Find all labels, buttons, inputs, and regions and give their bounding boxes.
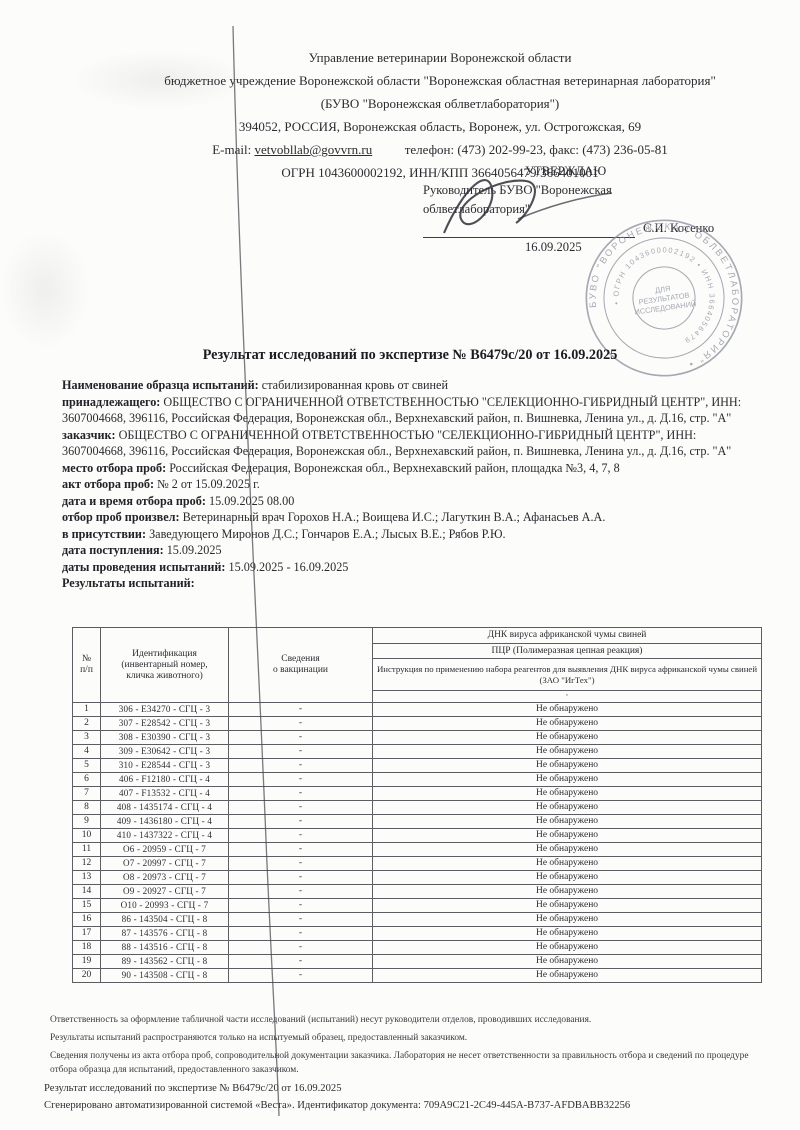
table-cell: 17 [73,927,101,941]
table-cell: Не обнаружено [373,717,762,731]
table-cell: - [229,871,373,885]
table-cell: - [229,899,373,913]
table-cell: Не обнаружено [373,801,762,815]
table-row: 13О8 - 20973 - СГЦ - 7-Не обнаружено [73,871,762,885]
table-cell: 410 - 1437322 - СГЦ - 4 [101,829,229,843]
footnote-responsibility: Ответственность за оформление табличной … [50,1014,762,1028]
table-cell: 1 [73,703,101,717]
table-cell: Не обнаружено [373,927,762,941]
table-cell: 13 [73,871,101,885]
table-cell: 308 - Е30390 - СГЦ - 3 [101,731,229,745]
col-header-test-group: ДНК вируса африканской чумы свиней [373,628,762,644]
table-row: 2307 - Е28542 - СГЦ - 3-Не обнаружено [73,717,762,731]
table-cell: 11 [73,843,101,857]
results-table: №п/п Идентификация(инвентарный номер,кли… [72,627,762,983]
table-cell: 86 - 143504 - СГЦ - 8 [101,913,229,927]
table-cell: Не обнаружено [373,955,762,969]
email-value: vetvobllab@govvrn.ru [254,142,372,157]
table-cell: Не обнаружено [373,703,762,717]
table-cell: 408 - 1435174 - СГЦ - 4 [101,801,229,815]
results-table-body: 1306 - Е34270 - СГЦ - 3-Не обнаружено230… [73,703,762,983]
table-cell: 9 [73,815,101,829]
table-row: 11О6 - 20959 - СГЦ - 7-Не обнаружено [73,843,762,857]
table-cell: 409 - 1436180 - СГЦ - 4 [101,815,229,829]
phone-fax: телефон: (473) 202-99-23, факс: (473) 23… [405,142,668,157]
col-header-identification: Идентификация(инвентарный номер,кличка ж… [101,628,229,703]
approve-word: УТВЕРЖДАЮ [423,162,763,181]
table-cell: - [229,773,373,787]
scan-smudge [0,230,90,350]
table-row: 1989 - 143562 - СГЦ - 8-Не обнаружено [73,955,762,969]
document-fields: Наименование образца испытаний: стабилиз… [62,377,762,592]
table-cell: - [229,731,373,745]
table-row: 6406 - F12180 - СГЦ - 4-Не обнаружено [73,773,762,787]
table-row: 3308 - Е30390 - СГЦ - 3-Не обнаружено [73,731,762,745]
col-header-instruction: Инструкция по применению набора реагенто… [373,659,762,691]
table-cell: - [229,759,373,773]
table-cell: О9 - 20927 - СГЦ - 7 [101,885,229,899]
field-line: отбор проб произвел: Ветеринарный врач Г… [62,509,762,526]
field-line: в присутствии: Заведующего Миронов Д.С.;… [62,526,762,543]
table-row: 8408 - 1435174 - СГЦ - 4-Не обнаружено [73,801,762,815]
table-cell: Не обнаружено [373,885,762,899]
table-cell: - [229,913,373,927]
table-cell: - [229,745,373,759]
table-cell: - [229,941,373,955]
table-cell: 18 [73,941,101,955]
table-cell: 14 [73,885,101,899]
field-line: акт отбора проб: № 2 от 15.09.2025 г. [62,476,762,493]
col-header-method: ПЦР (Полимеразная цепная реакция) [373,644,762,659]
org-address: 394052, РОССИЯ, Воронежская область, Вор… [80,115,800,138]
approver-title-line2: облветлаборатория" [423,200,763,219]
table-row: 2090 - 143508 - СГЦ - 8-Не обнаружено [73,969,762,983]
signature-blank-line [423,222,635,238]
table-cell: 15 [73,899,101,913]
table-cell: - [229,857,373,871]
table-cell: 7 [73,787,101,801]
table-cell: 16 [73,913,101,927]
document-title: Результат исследований по экспертизе № В… [90,347,730,364]
table-cell: Не обнаружено [373,787,762,801]
table-row: 1787 - 143576 - СГЦ - 8-Не обнаружено [73,927,762,941]
signer-name: С.И. Косенко [643,219,714,238]
field-line: даты проведения испытаний: 15.09.2025 - … [62,559,762,576]
table-cell: Не обнаружено [373,745,762,759]
table-row: 12О7 - 20997 - СГЦ - 7-Не обнаружено [73,857,762,871]
table-cell: Не обнаружено [373,969,762,983]
table-cell: 89 - 143562 - СГЦ - 8 [101,955,229,969]
table-cell: 90 - 143508 - СГЦ - 8 [101,969,229,983]
table-cell: Не обнаружено [373,759,762,773]
field-line: принадлежащего: ОБЩЕСТВО С ОГРАНИЧЕННОЙ … [62,394,762,427]
table-row: 7407 - F13532 - СГЦ - 4-Не обнаружено [73,787,762,801]
table-cell: - [229,955,373,969]
table-cell: - [229,703,373,717]
table-cell: 310 - Е28544 - СГЦ - 3 [101,759,229,773]
table-cell: 12 [73,857,101,871]
table-cell: Не обнаружено [373,731,762,745]
footer-final-lines: Результат исследований по экспертизе № В… [44,1080,764,1114]
table-row: 10410 - 1437322 - СГЦ - 4-Не обнаружено [73,829,762,843]
approver-title-line1: Руководитель БУВО "Воронежская [423,181,763,200]
table-cell: 6 [73,773,101,787]
table-cell: 407 - F13532 - СГЦ - 4 [101,787,229,801]
table-cell: Не обнаружено [373,829,762,843]
table-cell: Не обнаружено [373,815,762,829]
field-line: дата и время отбора проб: 15.09.2025 08.… [62,493,762,510]
table-cell: - [229,787,373,801]
table-cell: 406 - F12180 - СГЦ - 4 [101,773,229,787]
table-row: 1306 - Е34270 - СГЦ - 3-Не обнаружено [73,703,762,717]
stamp-center-line2: РЕЗУЛЬТАТОВ [638,291,690,307]
table-cell: О8 - 20973 - СГЦ - 7 [101,871,229,885]
field-line: заказчик: ОБЩЕСТВО С ОГРАНИЧЕННОЙ ОТВЕТС… [62,427,762,460]
table-cell: Не обнаружено [373,899,762,913]
field-line: Наименование образца испытаний: стабилиз… [62,377,762,394]
table-cell: 88 - 143516 - СГЦ - 8 [101,941,229,955]
footer-result-line: Результат исследований по экспертизе № В… [44,1080,764,1097]
org-authority: Управление ветеринарии Воронежской облас… [80,46,800,69]
table-cell: 19 [73,955,101,969]
table-cell: 87 - 143576 - СГЦ - 8 [101,927,229,941]
table-cell: - [229,801,373,815]
table-cell: 3 [73,731,101,745]
table-cell: Не обнаружено [373,941,762,955]
table-cell: Не обнаружено [373,913,762,927]
table-row: 14О9 - 20927 - СГЦ - 7-Не обнаружено [73,885,762,899]
table-cell: О10 - 20993 - СГЦ - 7 [101,899,229,913]
footer-generated-line: Сгенерировано автоматизированной системо… [44,1097,764,1114]
results-table-head: №п/п Идентификация(инвентарный номер,кли… [73,628,762,703]
stamp-center-line1: ДЛЯ [655,284,671,295]
table-cell: - [229,717,373,731]
table-cell: Не обнаружено [373,871,762,885]
col-header-number: №п/п [73,628,101,703]
org-short-name: (БУВО "Воронежская облветлаборатория") [80,92,800,115]
approval-date: 16.09.2025 [423,238,763,257]
table-cell: - [229,969,373,983]
table-cell: 20 [73,969,101,983]
field-line: дата поступления: 15.09.2025 [62,542,762,559]
footnote-sampling: Сведения получены из акта отбора проб, с… [50,1050,762,1077]
approval-block: УТВЕРЖДАЮ Руководитель БУВО "Воронежская… [423,162,763,257]
org-contacts: E-mail: vetvobllab@govvrn.ru телефон: (4… [80,138,800,161]
table-row: 4309 - Е30642 - СГЦ - 3-Не обнаружено [73,745,762,759]
table-cell: Не обнаружено [373,857,762,871]
table-cell: - [229,927,373,941]
scanned-document-page: Управление ветеринарии Воронежской облас… [0,0,800,1130]
table-row: 1888 - 143516 - СГЦ - 8-Не обнаружено [73,941,762,955]
table-cell: Не обнаружено [373,773,762,787]
table-cell: - [229,815,373,829]
table-row: 5310 - Е28544 - СГЦ - 3-Не обнаружено [73,759,762,773]
table-cell: - [229,843,373,857]
field-line: место отбора проб: Российская Федерация,… [62,460,762,477]
table-cell: - [229,885,373,899]
table-cell: Не обнаружено [373,843,762,857]
table-cell: 10 [73,829,101,843]
table-cell: 306 - Е34270 - СГЦ - 3 [101,703,229,717]
col-header-note-dot: · [373,691,762,703]
table-cell: 307 - Е28542 - СГЦ - 3 [101,717,229,731]
signature-row: С.И. Косенко [423,219,763,238]
org-name: бюджетное учреждение Воронежской области… [80,69,800,92]
table-cell: 8 [73,801,101,815]
table-cell: 5 [73,759,101,773]
table-cell: 2 [73,717,101,731]
table-cell: О7 - 20997 - СГЦ - 7 [101,857,229,871]
stamp-center-line3: ИССЛЕДОВАНИЙ [634,299,697,317]
footnote-scope: Результаты испытаний распространяются то… [50,1032,762,1046]
table-row: 9409 - 1436180 - СГЦ - 4-Не обнаружено [73,815,762,829]
table-cell: 309 - Е30642 - СГЦ - 3 [101,745,229,759]
table-cell: - [229,829,373,843]
table-row: 15О10 - 20993 - СГЦ - 7-Не обнаружено [73,899,762,913]
results-label: Результаты испытаний: [62,575,762,592]
table-row: 1686 - 143504 - СГЦ - 8-Не обнаружено [73,913,762,927]
table-cell: О6 - 20959 - СГЦ - 7 [101,843,229,857]
col-header-vaccination: Сведенияо вакцинации [229,628,373,703]
table-cell: 4 [73,745,101,759]
email-label: E-mail: [212,142,251,157]
footnotes: Ответственность за оформление табличной … [50,1014,762,1082]
